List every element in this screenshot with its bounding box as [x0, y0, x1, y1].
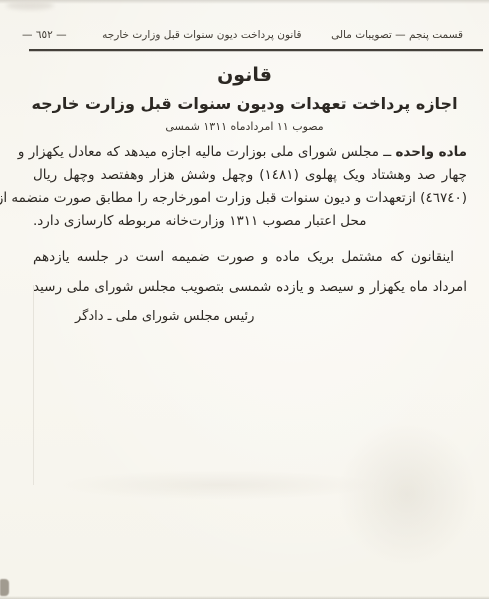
article-line-3: (٤٦٧٤٠) ازتعهدات و دیون سنوات قبل وزارت …	[33, 187, 467, 210]
signature-line: رئیس مجلس شورای ملی ـ دادگر	[33, 306, 467, 328]
header-page-number: — ٦٥٢ —	[22, 29, 67, 41]
law-subtitle: اجازه پرداخت تعهدات ودیون سنوات قبل وزار…	[0, 92, 489, 116]
ratification-clause: اینقانون که مشتمل بریک ماده و صورت ضمیمه…	[33, 242, 467, 302]
law-masthead: قانون اجازه پرداخت تعهدات ودیون سنوات قب…	[0, 62, 489, 134]
article-line-4: محل اعتبار مصوب ١٣١١ وزارت‌خانه مربوطه ک…	[33, 210, 467, 233]
article-dash: ــ	[383, 144, 391, 160]
scan-artifact-lower-right-patch	[337, 419, 477, 569]
article-line-2: چهار صد وهشتاد ویک پهلوی (١٤٨١) وچهل وشش…	[33, 164, 467, 187]
header-rule	[29, 49, 483, 51]
law-title: قانون	[0, 62, 489, 88]
header-section-label: قسمت پنجم — تصویبات مالی	[331, 29, 463, 41]
header-running-title: قانون پرداخت دیون سنوات قبل وزارت خارجه	[102, 29, 301, 41]
ratification-line-2: امرداد ماه یکهزار و سیصد و یازده شمسی بت…	[33, 272, 467, 302]
page-header: قسمت پنجم — تصویبات مالی قانون پرداخت دی…	[22, 29, 463, 41]
law-approval-date: مصوب ١١ امردادماه ١٣١١ شمسی	[0, 119, 489, 134]
article-label: ماده واحده	[395, 144, 467, 160]
scan-artifact-top-left-smudge	[6, 1, 54, 10]
scan-artifact-top-edge	[0, 0, 489, 4]
scanned-gazette-page: قسمت پنجم — تصویبات مالی قانون پرداخت دی…	[0, 0, 489, 599]
law-body: ماده واحده ــ مجلس شورای ملی بوزارت مالی…	[33, 141, 467, 328]
article-line-1: ماده واحده ــ مجلس شورای ملی بوزارت مالی…	[33, 141, 467, 164]
article-line-1-text: مجلس شورای ملی بوزارت مالیه اجازه میدهد …	[18, 144, 379, 160]
scan-artifact-bottom-left-mark	[0, 579, 9, 596]
ratification-line-1: اینقانون که مشتمل بریک ماده و صورت ضمیمه…	[33, 242, 467, 272]
scan-artifact-fold-shadow	[60, 470, 380, 500]
